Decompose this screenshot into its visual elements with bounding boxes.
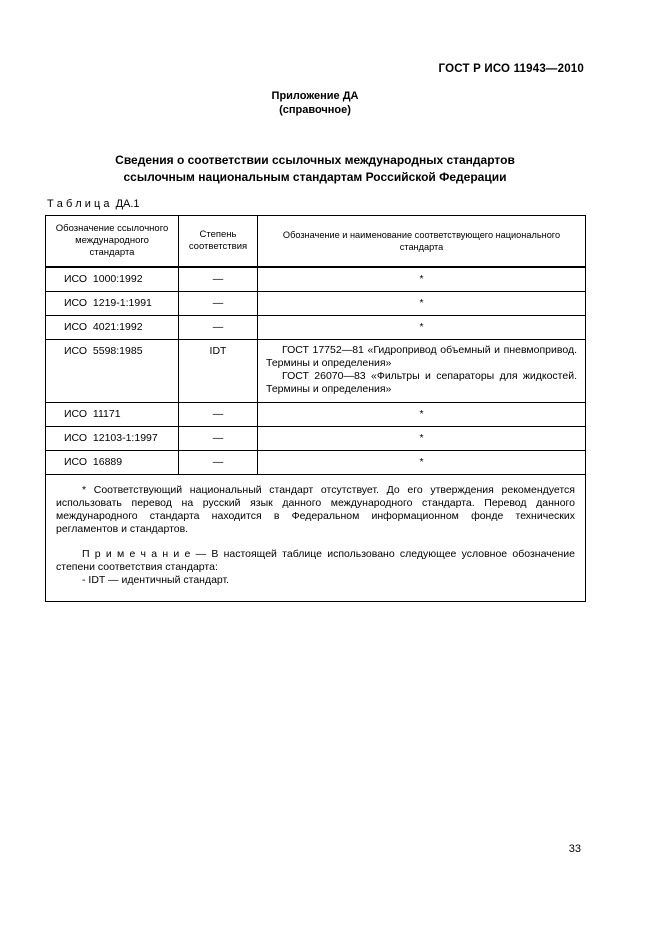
cell-standard: ИСО 5598:1985 — [46, 340, 179, 403]
column-header-international-standard: Обозначение ссылочного международного ст… — [46, 216, 179, 268]
annex-label: Приложение ДА — [45, 89, 585, 103]
footnote-text: * Соответствующий национальный стандарт … — [56, 484, 575, 536]
table-row: ИСО 16889 — * — [46, 451, 586, 475]
table-row: ИСО 1219-1:1991 — * — [46, 292, 586, 316]
correspondence-table: Обозначение ссылочного международного ст… — [45, 215, 586, 602]
document-code: ГОСТ Р ИСО 11943—2010 — [439, 63, 584, 75]
table-row: ИСО 12103-1:1997 — * — [46, 427, 586, 451]
page-number: 33 — [569, 843, 581, 855]
cell-degree: — — [179, 292, 258, 316]
table-footnote-row: * Соответствующий национальный стандарт … — [46, 475, 586, 602]
table-header-row: Обозначение ссылочного международного ст… — [46, 216, 586, 268]
cell-standard: ИСО 1219-1:1991 — [46, 292, 179, 316]
cell-degree: — — [179, 451, 258, 475]
table-row: ИСО 5598:1985 IDT ГОСТ 17752—81 «Гидропр… — [46, 340, 586, 403]
cell-degree: — — [179, 427, 258, 451]
table-row: ИСО 4021:1992 — * — [46, 316, 586, 340]
annex-heading: Приложение ДА (справочное) — [45, 89, 585, 117]
table-row: ИСО 1000:1992 — * — [46, 267, 586, 292]
cell-standard: ИСО 12103-1:1997 — [46, 427, 179, 451]
cell-standard: ИСО 4021:1992 — [46, 316, 179, 340]
table-footnote-area: * Соответствующий национальный стандарт … — [46, 475, 586, 602]
column-header-degree: Степень соответствия — [179, 216, 258, 268]
cell-degree: — — [179, 316, 258, 340]
table-row: ИСО 11171 — * — [46, 403, 586, 427]
cell-standard: ИСО 16889 — [46, 451, 179, 475]
cell-degree: — — [179, 403, 258, 427]
table-caption: Т а б л и ц а ДА.1 — [47, 198, 140, 210]
note-text: П р и м е ч а н и е — В настоящей таблиц… — [56, 548, 575, 574]
cell-degree: IDT — [179, 340, 258, 403]
column-header-national-standard: Обозначение и наименование соответствующ… — [258, 216, 586, 268]
national-standard-entry: ГОСТ 17752—81 «Гидропривод объемный и пн… — [266, 344, 577, 370]
cell-national: * — [258, 316, 586, 340]
section-title: Сведения о соответствии ссылочных междун… — [45, 152, 585, 186]
cell-national: * — [258, 292, 586, 316]
cell-national: * — [258, 451, 586, 475]
cell-standard: ИСО 11171 — [46, 403, 179, 427]
cell-national: * — [258, 267, 586, 292]
cell-national: * — [258, 403, 586, 427]
note-item: - IDT — идентичный стандарт. — [56, 574, 575, 587]
national-standard-entry: ГОСТ 26070—83 «Фильтры и сепараторы для … — [266, 370, 577, 396]
annex-type: (справочное) — [45, 103, 585, 117]
document-page: ГОСТ Р ИСО 11943—2010 Приложение ДА (спр… — [0, 0, 661, 936]
cell-degree: — — [179, 267, 258, 292]
cell-standard: ИСО 1000:1992 — [46, 267, 179, 292]
cell-national: ГОСТ 17752—81 «Гидропривод объемный и пн… — [258, 340, 586, 403]
section-title-line2: ссылочным национальным стандартам Россий… — [45, 169, 585, 186]
cell-national: * — [258, 427, 586, 451]
section-title-line1: Сведения о соответствии ссылочных междун… — [45, 152, 585, 169]
